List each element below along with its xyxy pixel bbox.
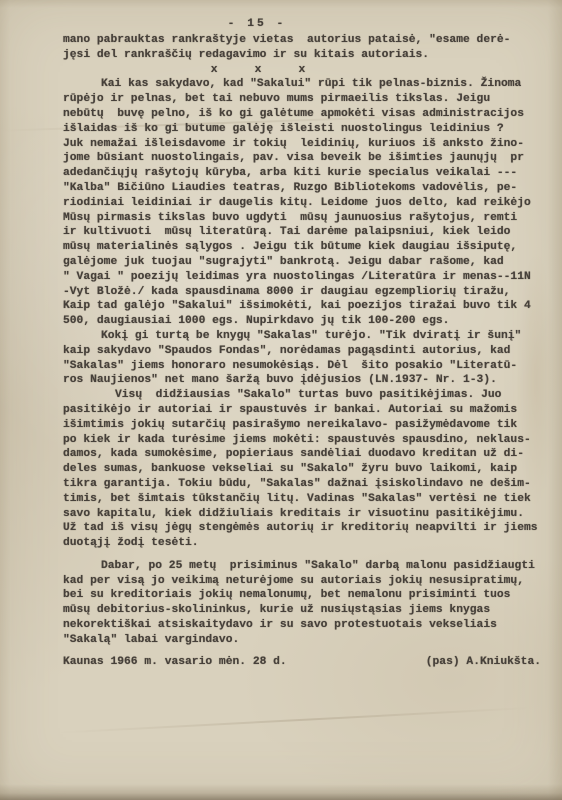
page-number: - 15 - — [0, 17, 538, 32]
signature-line: (pas) A.Kniukšta. — [426, 655, 541, 670]
document-footer: Kaunas 1966 m. vasario mėn. 28 d. (pas) … — [63, 655, 541, 670]
document-body: mano pabrauktas rankraštyje vietas autor… — [63, 33, 545, 648]
section-separator: x x x — [63, 63, 455, 78]
paragraph-closing-reflection: Dabar, po 25 metų prisiminus "Sakalo" da… — [63, 559, 545, 648]
place-date-line: Kaunas 1966 m. vasario mėn. 28 d. — [63, 655, 287, 670]
scanned-typewritten-page: - 15 - mano pabrauktas rankraštyje vieta… — [0, 0, 562, 800]
paper-crease — [0, 705, 561, 736]
paragraph-trust-credit: Visų didžiausias "Sakalo" turtas buvo pa… — [63, 388, 545, 551]
paragraph-profit-business: Kai kas sakydavo, kad "Sakalui" rūpi tik… — [63, 77, 545, 329]
paragraph-manuscript-editing: mano pabrauktas rankraštyje vietas autor… — [63, 33, 545, 63]
paragraph-sakalas-wealth: Kokį gi turtą be knygų "Sakalas" turėjo.… — [63, 329, 545, 388]
